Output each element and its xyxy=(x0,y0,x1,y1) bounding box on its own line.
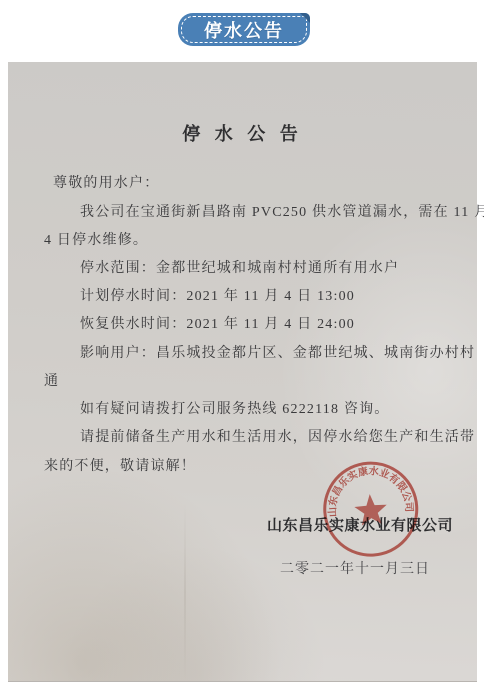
doc-line: 影响用户：昌乐城投金都片区、金都世纪城、城南街办村村 xyxy=(80,342,475,362)
notice-ribbon-badge: 停水公告 xyxy=(178,13,310,46)
company-seal-stamp: 山东昌乐实康水业有限公司 xyxy=(300,440,444,584)
doc-line: 4 日停水维修。 xyxy=(44,229,148,249)
doc-line: 尊敬的用水户： xyxy=(53,172,159,192)
seal-star-icon xyxy=(354,493,388,526)
doc-line: 通 xyxy=(44,370,59,390)
doc-line: 计划停水时间：2021 年 11 月 4 日 13:00 xyxy=(80,285,355,305)
doc-line: 恢复供水时间：2021 年 11 月 4 日 24:00 xyxy=(80,313,355,333)
ribbon-label: 停水公告 xyxy=(204,17,284,43)
notice-photo: 停 水 公 告 尊敬的用水户： 我公司在宝通街新昌路南 PVC250 供水管道漏… xyxy=(8,62,477,682)
doc-line: 我公司在宝通街新昌路南 PVC250 供水管道漏水，需在 11 月 xyxy=(80,201,484,221)
doc-line: 停水范围：金都世纪城和城南村村通所有用水户 xyxy=(80,257,399,277)
document-title: 停 水 公 告 xyxy=(8,120,477,146)
doc-line: 来的不便，敬请谅解！ xyxy=(44,455,196,475)
doc-line: 如有疑问请拨打公司服务热线 6222118 咨询。 xyxy=(80,398,389,418)
notice-page: 停水公告 停 水 公 告 尊敬的用水户： 我公司在宝通街新昌路南 PVC250 … xyxy=(0,0,484,695)
